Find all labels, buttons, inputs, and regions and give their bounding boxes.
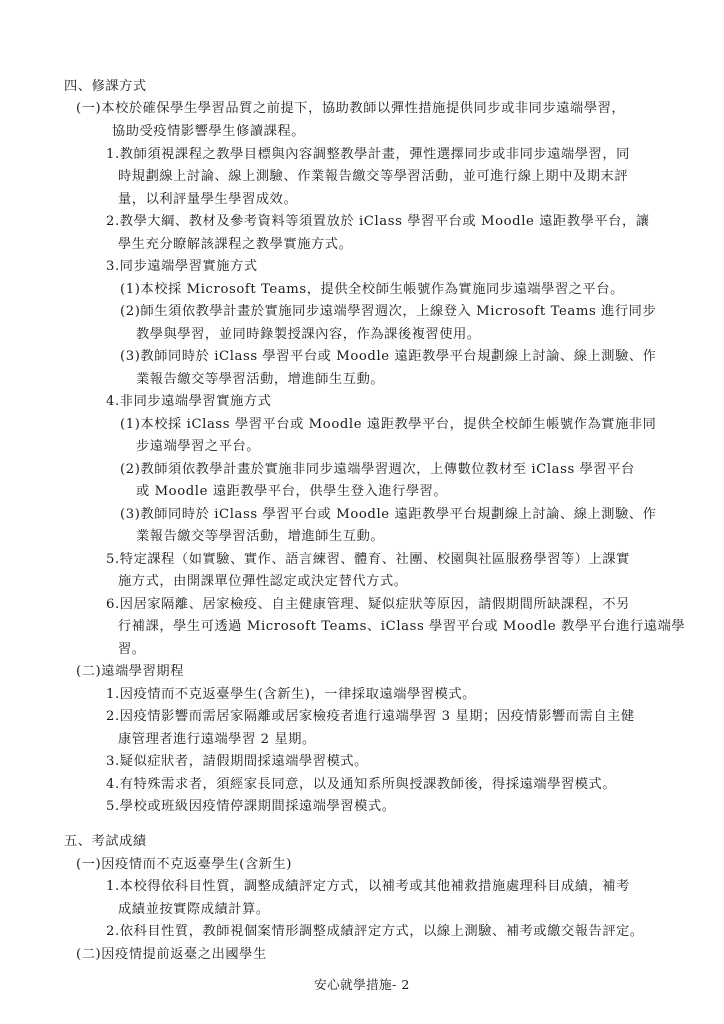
subsection-heading: (二)因疫情提前返臺之出國學生 xyxy=(76,946,267,964)
list-item-5: 5.學校或班級因疫情停課期間採遠端學習模式。 xyxy=(106,798,396,816)
page-footer: 安心就學措施- 2 xyxy=(0,975,724,993)
paragraph-line: 協助受疫情影響學生修讀課程。 xyxy=(112,123,305,141)
paragraph-line: 教學與學習，並同時錄製授課內容，作為課後複習使用。 xyxy=(136,326,481,344)
list-item-1: 1.因疫情而不克返臺學生(含新生)，一律採取遠端學習模式。 xyxy=(106,686,476,704)
paragraph-line: 時規劃線上討論、線上測驗、作業報告繳交等學習活動，並可進行線上期中及期末評 xyxy=(118,168,628,186)
paragraph-line: 成績並按實際成績計算。 xyxy=(118,901,270,919)
paragraph-line: 行補課，學生可透過 Microsoft Teams、iClass 學習平台或 M… xyxy=(118,618,685,636)
list-item-6: 6.因居家隔離、居家檢疫、自主健康管理、疑似症狀等原因，請假期間所缺課程，不另 xyxy=(106,596,630,614)
paragraph-line: 步遠端學習之平台。 xyxy=(136,438,260,456)
subsection-heading: (二)遠端學習期程 xyxy=(76,663,184,681)
sub-item-2: (2)師生須依教學計畫於實施同步遠端學習週次，上線登入 Microsoft Te… xyxy=(120,303,656,321)
list-item-1: 1.本校得依科目性質，調整成績評定方式，以補考或其他補救措施處理科目成績，補考 xyxy=(106,878,630,896)
sub-item-3: (3)教師同時於 iClass 學習平台或 Moodle 遠距教學平台規劃線上討… xyxy=(120,506,656,524)
list-item-2: 2.教學大綱、教材及參考資料等須置放於 iClass 學習平台或 Moodle … xyxy=(106,213,650,231)
sub-item-1: (1)本校採 Microsoft Teams，提供全校師生帳號作為實施同步遠端學… xyxy=(120,281,624,299)
list-item-4: 4.有特殊需求者，須經家長同意，以及通知系所與授課教師後，得採遠端學習模式。 xyxy=(106,776,616,794)
paragraph-line: (一)本校於確保學生學習品質之前提下，協助教師以彈性措施提供同步或非同步遠端學習… xyxy=(76,100,625,118)
list-item-5: 5.特定課程（如實驗、實作、語言練習、體育、社團、校園與社區服務學習等）上課實 xyxy=(106,551,630,569)
paragraph-line: 業報告繳交等學習活動，增進師生互動。 xyxy=(136,371,384,389)
sub-item-2: (2)教師須依教學計畫於實施非同步遠端學習週次，上傳數位教材至 iClass 學… xyxy=(120,461,635,479)
paragraph-line: 業報告繳交等學習活動，增進師生互動。 xyxy=(136,528,384,546)
paragraph-line: 施方式，由開課單位彈性認定或決定替代方式。 xyxy=(118,573,408,591)
list-item-2: 2.依科目性質，教師視個案情形調整成績評定方式，以線上測驗、補考或繳交報告評定。 xyxy=(106,923,644,941)
paragraph-line: 學生充分瞭解該課程之教學實施方式。 xyxy=(118,236,352,254)
list-item-1: 1.教師須視課程之教學目標與內容調整教學計畫，彈性選擇同步或非同步遠端學習，同 xyxy=(106,146,630,164)
paragraph-line: 量，以利評量學生學習成效。 xyxy=(118,191,297,209)
section-heading-4: 四、修課方式 xyxy=(64,78,147,96)
document-page: 四、修課方式 (一)本校於確保學生學習品質之前提下，協助教師以彈性措施提供同步或… xyxy=(0,0,724,1024)
list-item-2: 2.因疫情影響而需居家隔離或居家檢疫者進行遠端學習 3 星期；因疫情影響而需自主… xyxy=(106,708,635,726)
paragraph-line: 或 Moodle 遠距教學平台，供學生登入進行學習。 xyxy=(136,483,447,501)
list-item-4: 4.非同步遠端學習實施方式 xyxy=(106,393,271,411)
sub-item-3: (3)教師同時於 iClass 學習平台或 Moodle 遠距教學平台規劃線上討… xyxy=(120,348,656,366)
subsection-heading: (一)因疫情而不克返臺學生(含新生) xyxy=(76,856,292,874)
sub-item-1: (1)本校採 iClass 學習平台或 Moodle 遠距教學平台，提供全校師生… xyxy=(120,416,656,434)
paragraph-line: 康管理者進行遠端學習 2 星期。 xyxy=(118,731,316,749)
list-item-3: 3.疑似症狀者，請假期間採遠端學習模式。 xyxy=(106,753,368,771)
section-heading-5: 五、考試成績 xyxy=(64,833,147,851)
list-item-3: 3.同步遠端學習實施方式 xyxy=(106,258,258,276)
paragraph-line: 習。 xyxy=(118,641,146,659)
